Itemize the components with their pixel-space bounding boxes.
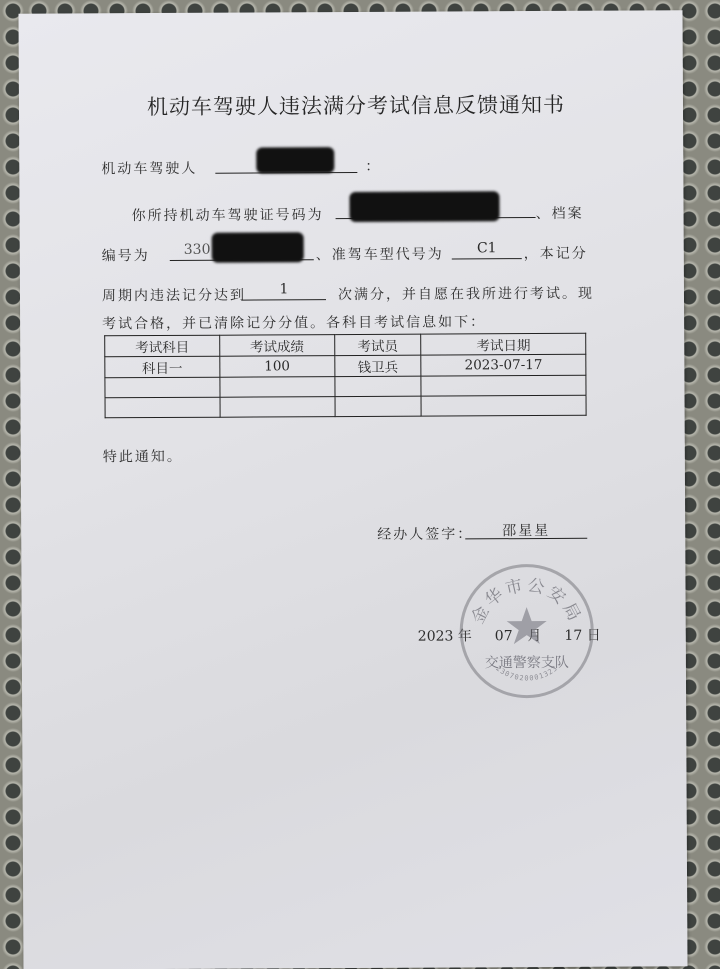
- full-score-count-field: 1: [242, 281, 326, 300]
- cell-subject: 科目一: [105, 356, 220, 378]
- exam-info-table: 考试科目 考试成绩 考试员 考试日期 科目一 100 钱卫兵 2023-07-1…: [104, 333, 586, 419]
- cell-subject: [105, 397, 220, 418]
- header-subject: 考试科目: [105, 335, 220, 357]
- exam-passed-text: 考试合格，并已清除记分分值。各科目考试信息如下：: [102, 311, 486, 333]
- signer-name: 邵星星: [502, 523, 550, 539]
- redaction-archive-number: [212, 232, 304, 262]
- star-icon: [507, 607, 547, 644]
- cell-examiner: [335, 376, 422, 396]
- cell-score: [220, 377, 335, 398]
- signer-name-field: 邵星星: [465, 520, 587, 540]
- table-header-row: 考试科目 考试成绩 考试员 考试日期: [105, 333, 586, 357]
- cell-score: [220, 397, 335, 418]
- table-row: [105, 395, 586, 418]
- violation-points-label: 周期内违法记分达到: [102, 285, 246, 306]
- cell-exam-date: [421, 375, 586, 396]
- document-title: 机动车驾驶人违法满分考试信息反馈通知书: [147, 89, 565, 121]
- signer-label: 经办人签字：: [377, 523, 473, 544]
- official-seal: 金华市公安局 交通警察支队 2307020001323: [459, 564, 594, 699]
- vehicle-class-label: 、准驾车型代号为: [316, 244, 444, 265]
- header-exam-date: 考试日期: [421, 333, 586, 355]
- redaction-driver-name: [256, 147, 334, 173]
- vehicle-class-field: C1: [452, 240, 522, 259]
- redaction-license-number: [349, 191, 499, 222]
- greeting-colon: ：: [365, 156, 381, 176]
- cell-examiner: [335, 396, 422, 416]
- cell-examiner: 钱卫兵: [334, 355, 421, 376]
- table-row: 科目一 100 钱卫兵 2023-07-17: [105, 354, 586, 378]
- scoring-period-label-start: ，本记分: [524, 243, 588, 263]
- exam-volunteer-text: 次满分，并自愿在我所进行考试。现: [338, 283, 594, 304]
- greeting-label: 机动车驾驶人: [101, 158, 197, 179]
- cell-subject: [105, 377, 220, 398]
- table-row: [105, 375, 586, 398]
- closing-text: 特此通知。: [103, 446, 183, 466]
- cell-exam-date: 2023-07-17: [421, 354, 586, 376]
- archive-number-visible: 330: [184, 242, 211, 258]
- header-examiner: 考试员: [334, 334, 421, 355]
- archive-label-start: 、档案: [536, 203, 584, 223]
- header-score: 考试成绩: [220, 335, 335, 357]
- cell-score: 100: [220, 356, 335, 378]
- license-number-label: 你所持机动车驾驶证号码为: [132, 204, 324, 225]
- date-year: 2023: [418, 628, 454, 644]
- cell-exam-date: [421, 395, 586, 416]
- archive-number-label: 编号为: [102, 245, 150, 265]
- notice-paper: 机动车驾驶人违法满分考试信息反馈通知书 机动车驾驶人 ： 你所持机动车驾驶证号码…: [19, 10, 688, 969]
